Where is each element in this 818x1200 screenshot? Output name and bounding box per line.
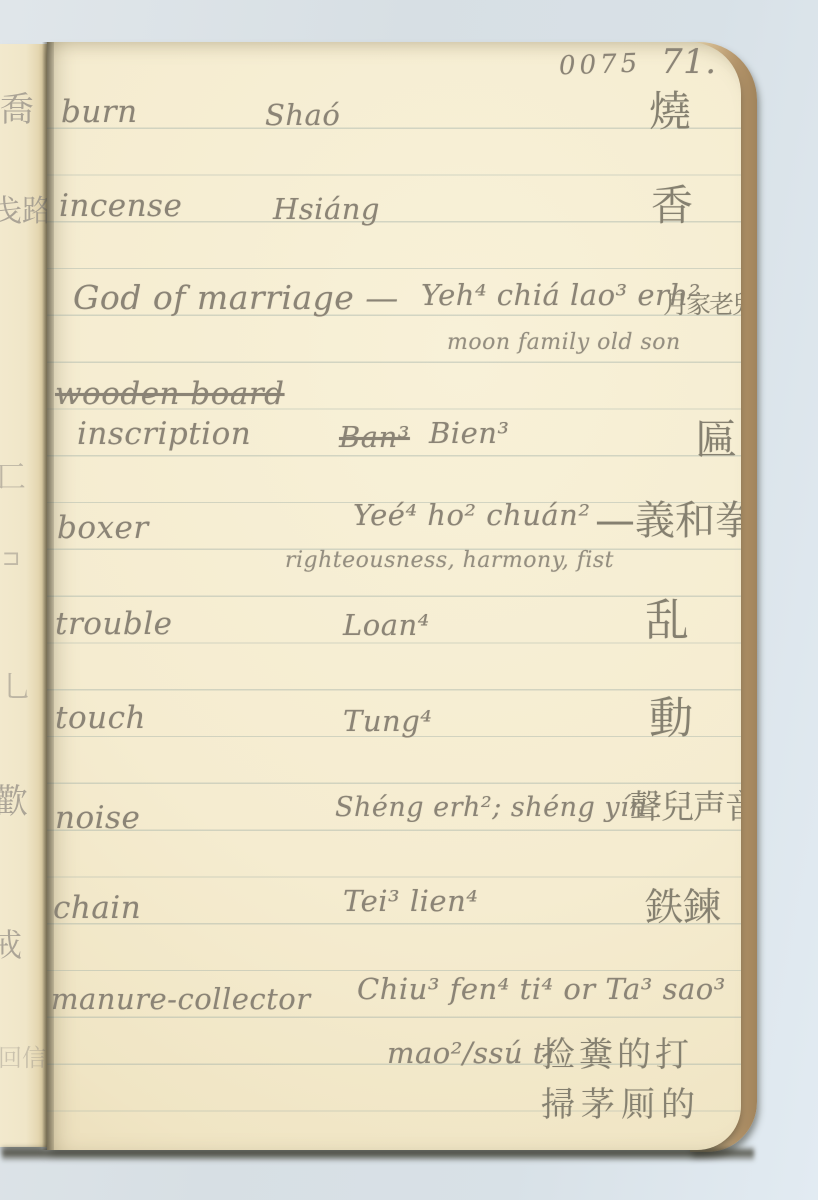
entry-romanization: Loan⁴ [343, 608, 430, 642]
page-number: 71. [661, 42, 717, 82]
facing-page-character: 戒 [0, 920, 22, 966]
facing-page-character: 乚 [2, 662, 32, 706]
entry-english: manure-collector [51, 982, 311, 1016]
facing-page-edge: 喬 戋路 匸 ⊐ 乚 歡 戒 回信 [0, 44, 47, 1147]
facing-page-character: 回信 [0, 1038, 46, 1073]
entry-romanization: Hsiáng [273, 192, 380, 226]
entry-english: trouble [55, 606, 173, 642]
entry-romanization: Chiu³ fen⁴ ti⁴ or Ta³ sao³ [357, 972, 726, 1006]
entry-chinese: —義和拳 [595, 500, 741, 542]
stamp-number: 0075 [559, 49, 642, 82]
entry-romanization: Bien³ [429, 416, 510, 450]
entry-romanization: mao²/ssú tí [387, 1036, 555, 1070]
gutter-shadow [42, 42, 54, 1150]
entry-english-struck: wooden board [55, 376, 285, 412]
entry-chinese: 匾 [695, 418, 737, 462]
entry-romanization: Shéng erh²; shéng yín [335, 792, 647, 823]
facing-page-character: 喬 [0, 82, 34, 131]
entry-chinese: 聲兒声音 [629, 790, 741, 825]
entry-gloss: righteousness, harmony, fist [285, 548, 614, 573]
entry-romanization-struck: Ban³ [339, 420, 410, 454]
entry-chinese: 捡糞的打 [541, 1038, 693, 1074]
entry-chinese: 掃茅厠的 [541, 1088, 701, 1124]
entry-english: God of marriage — [73, 278, 399, 317]
entry-chinese: 燒 [649, 90, 691, 134]
facing-page-character: 歡 [0, 774, 28, 823]
entry-romanization: Yeh⁴ chiá lao³ erh² [421, 278, 701, 312]
entry-english: burn [61, 94, 138, 130]
entry-chinese: 動 [649, 696, 693, 742]
entry-english: boxer [57, 510, 149, 546]
entry-romanization: Tung⁴ [343, 704, 432, 738]
entry-english: incense [59, 188, 182, 224]
entry-chinese: 鉄鍊 [645, 888, 721, 928]
entry-gloss: moon family old son [447, 330, 681, 355]
entry-chinese: 月家老兒 [663, 292, 741, 318]
entry-english: noise [55, 800, 140, 836]
entry-romanization: Shaó [265, 98, 340, 132]
entry-english: touch [55, 700, 146, 736]
notebook-page: 0075 71. burn Shaó 燒 incense Hsiáng 香 Go… [47, 42, 741, 1150]
entry-romanization: Yeé⁴ ho² chuán² [353, 498, 590, 532]
entry-chinese: 香 [651, 184, 693, 228]
entry-chinese: 乱 [645, 598, 689, 644]
entry-romanization: Tei³ lien⁴ [343, 884, 478, 918]
entry-english: inscription [77, 416, 251, 452]
facing-page-character: 匸 [0, 452, 26, 496]
facing-page-character: ⊐ [2, 546, 20, 571]
facing-page-character: 戋路 [0, 186, 47, 230]
notebook-photo: 喬 戋路 匸 ⊐ 乚 歡 戒 回信 0075 71. burn Shaó 燒 i… [0, 0, 818, 1200]
entry-english: chain [53, 890, 141, 926]
